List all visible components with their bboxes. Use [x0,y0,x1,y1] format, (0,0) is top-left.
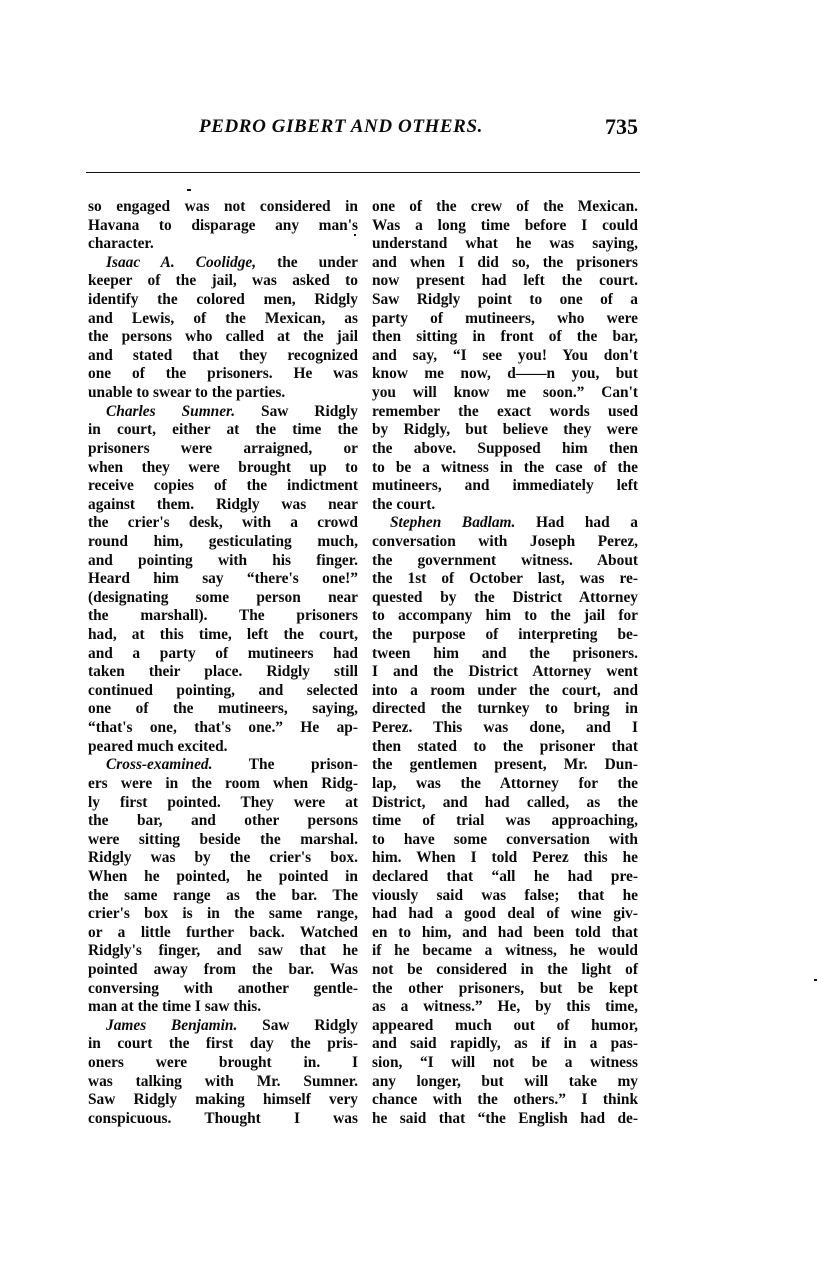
text-line: one of the crew of the Mexican. [372,198,638,217]
text-line: round him, gesticulating much, [88,533,358,552]
text-line: Was a long time before I could [372,217,638,236]
text-line: and Lewis, of the Mexican, as [88,310,358,329]
text-line: if he became a witness, he would [372,942,638,961]
text-line: had had a good deal of wine giv- [372,905,638,924]
text-line: to have some conversation with [372,831,638,850]
text-line: mutineers, and immediately left [372,477,638,496]
paragraph-benjamin-continued: one of the crew of the Mexican. Was a lo… [372,198,638,514]
text-line: Charles Sumner. Saw Ridgly [88,403,358,422]
text-line: conversation with Joseph Perez, [372,533,638,552]
text-line: then stated to the prisoner that [372,738,638,757]
text-line: one of the mutineers, saying, [88,700,358,719]
text-line: quested by the District Attorney [372,589,638,608]
text-line: prisoners were arraigned, or [88,440,358,459]
text-line: as a witness.” He, by this time, [372,998,638,1017]
text-line: and say, “I see you! You don't [372,347,638,366]
text-line: tween him and the prisoners. [372,645,638,664]
witness-name: Stephen Badlam. [390,514,515,531]
text-line: declared that “all he had pre- [372,868,638,887]
witness-name: Isaac A. Coolidge, [106,254,256,271]
text-line: to accompany him to the jail for [372,607,638,626]
text-line: he said that “the English had de- [372,1110,638,1129]
witness-name: Charles Sumner. [106,403,235,420]
print-speck [187,189,191,191]
text-line: know me now, d——n you, but [372,365,638,384]
text-line: and pointing with his finger. [88,552,358,571]
text-line: was talking with Mr. Sumner. [88,1073,358,1092]
text-line: conversing with another gentle- [88,980,358,999]
text-line: taken their place. Ridgly still [88,663,358,682]
text-line: “that's one, that's one.” He ap- [88,719,358,738]
text-line: When he pointed, he pointed in [88,868,358,887]
text-line: character. [88,235,358,254]
text-line: the gentlemen present, Mr. Dun- [372,756,638,775]
left-column: so engaged was not considered in Havana … [88,198,358,1128]
paragraph-badlam: Stephen Badlam. Had had a conversation w… [372,514,638,1128]
text-line: the government witness. About [372,552,638,571]
text-line: crier's box is in the same range, [88,905,358,924]
text-line: en to him, and had been told that [372,924,638,943]
text-line: you will know me soon.” Can't [372,384,638,403]
text-line: lap, was the Attorney for the [372,775,638,794]
paragraph-sumner: Charles Sumner. Saw Ridgly in court, eit… [88,403,358,757]
book-page: PEDRO GIBERT AND OTHERS. 735 so engaged … [86,0,640,1284]
page-number: 735 [605,114,638,140]
text-line: in court, either at the time the [88,421,358,440]
text-line: directed the turnkey to bring in [372,700,638,719]
paragraph-coolidge: Isaac A. Coolidge, the under keeper of t… [88,254,358,403]
text-line: any longer, but will take my [372,1073,638,1092]
text-line: Ridgly's finger, and saw that he [88,942,358,961]
text-line: had, at this time, left the court, [88,626,358,645]
right-column: one of the crew of the Mexican. Was a lo… [372,198,638,1128]
text-line: now present had left the court. [372,272,638,291]
text-line: receive copies of the indictment [88,477,358,496]
text-line: in court the first day the pris- [88,1035,358,1054]
text-line: man at the time I saw this. [88,998,358,1017]
text-line: I and the District Attorney went [372,663,638,682]
text-line: to be a witness in the case of the [372,459,638,478]
section-label: Cross-examined. [106,756,212,773]
text-line: by Ridgly, but believe they were [372,421,638,440]
text-line: and a party of mutineers had [88,645,358,664]
text-line: chance with the others.” I think [372,1091,638,1110]
text-line: (designating some person near [88,589,358,608]
text-line: so engaged was not considered in [88,198,358,217]
text-line: remember the exact words used [372,403,638,422]
text-line: Isaac A. Coolidge, the under [88,254,358,273]
text-line: oners were brought in. I [88,1054,358,1073]
text-line: ly first pointed. They were at [88,794,358,813]
text-line: Heard him say “there's one!” [88,570,358,589]
text-line: Perez. This was done, and I [372,719,638,738]
text-line: the 1st of October last, was re- [372,570,638,589]
running-title: PEDRO GIBERT AND OTHERS. [199,116,483,138]
text-line: and said rapidly, as if in a pas- [372,1035,638,1054]
text-line: unable to swear to the parties. [88,384,358,403]
text-line: sion, “I will not be a witness [372,1054,638,1073]
text-line: understand what he was saying, [372,235,638,254]
text-line: keeper of the jail, was asked to [88,272,358,291]
paragraph-continuation: so engaged was not considered in Havana … [88,198,358,254]
text-line: the crier's desk, with a crowd [88,514,358,533]
running-head: PEDRO GIBERT AND OTHERS. 735 [86,114,640,148]
text-line: him. When I told Perez this he [372,849,638,868]
paragraph-cross-examined: Cross-examined. The prison- ers were in … [88,756,358,1017]
text-line: not be considered in the light of [372,961,638,980]
text-line: were sitting beside the marshal. [88,831,358,850]
text-line: viously said was false; that he [372,887,638,906]
text-line: ers were in the room when Ridg- [88,775,358,794]
text-line: time of trial was approaching, [372,812,638,831]
text-line: continued pointing, and selected [88,682,358,701]
text-line: District, and had called, as the [372,794,638,813]
text-line: Saw Ridgly making himself very [88,1091,358,1110]
text-line: one of the prisoners. He was [88,365,358,384]
text-line: or a little further back. Watched [88,924,358,943]
text-line: the marshall). The prisoners [88,607,358,626]
text-line: party of mutineers, who were [372,310,638,329]
text-line: Stephen Badlam. Had had a [372,514,638,533]
text-line: into a room under the court, and [372,682,638,701]
text-line: against them. Ridgly was near [88,496,358,515]
text-line: when they were brought up to [88,459,358,478]
text-line: and stated that they recognized [88,347,358,366]
text-line: Cross-examined. The prison- [88,756,358,775]
text-line: pointed away from the bar. Was [88,961,358,980]
text-line: the same range as the bar. The [88,887,358,906]
text-line: the purpose of interpreting be- [372,626,638,645]
text-line: then sitting in front of the bar, [372,328,638,347]
text-line: appeared much out of humor, [372,1017,638,1036]
print-speck [814,979,817,981]
paragraph-benjamin: James Benjamin. Saw Ridgly in court the … [88,1017,358,1129]
text-line: Saw Ridgly point to one of a [372,291,638,310]
witness-name: James Benjamin. [106,1017,237,1034]
text-line: identify the colored men, Ridgly [88,291,358,310]
text-line: peared much excited. [88,738,358,757]
text-line: the other prisoners, but be kept [372,980,638,999]
text-line: conspicuous. Thought I was [88,1110,358,1129]
text-line: the bar, and other persons [88,812,358,831]
text-line: Ridgly was by the crier's box. [88,849,358,868]
text-line: James Benjamin. Saw Ridgly [88,1017,358,1036]
text-line: Havana to disparage any man's [88,217,358,236]
text-line: the court. [372,496,638,515]
text-line: and when I did so, the prisoners [372,254,638,273]
header-rule [86,172,640,173]
text-line: the above. Supposed him then [372,440,638,459]
text-line: the persons who called at the jail [88,328,358,347]
